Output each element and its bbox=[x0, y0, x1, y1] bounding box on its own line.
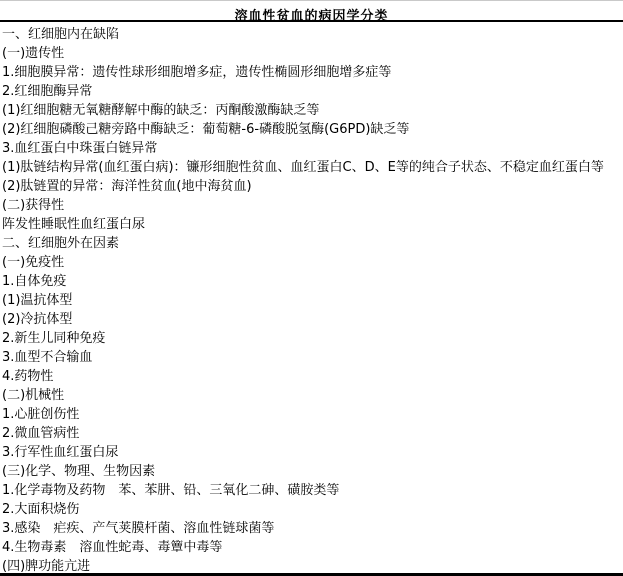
document-line: (1)肽链结构异常(血红蛋白病)：镰形细胞性贫血、血红蛋白C、D、E等的纯合子状… bbox=[2, 158, 621, 177]
document-line: (二)获得性 bbox=[2, 196, 621, 215]
document-line: (四)脾功能亢进 bbox=[2, 557, 621, 576]
document-line: 二、红细胞外在因素 bbox=[2, 234, 621, 253]
document-line: 阵发性睡眠性血红蛋白尿 bbox=[2, 215, 621, 234]
document-title-row: 溶血性贫血的病因学分类 bbox=[0, 1, 623, 22]
document-line: 3.行军性血红蛋白尿 bbox=[2, 443, 621, 462]
document-line: (2)冷抗体型 bbox=[2, 310, 621, 329]
document-line: (一)免疫性 bbox=[2, 253, 621, 272]
document-line: 3.感染 疟疾、产气荚膜杆菌、溶血性链球菌等 bbox=[2, 519, 621, 538]
document-line: 一、红细胞内在缺陷 bbox=[2, 25, 621, 44]
document-line: 4.生物毒素 溶血性蛇毒、毒簟中毒等 bbox=[2, 538, 621, 557]
document-line: (一)遗传性 bbox=[2, 44, 621, 63]
document-line: 2.新生儿同种免疫 bbox=[2, 329, 621, 348]
document-line: 3.血红蛋白中珠蛋白链异常 bbox=[2, 139, 621, 158]
document-line: 1.自体免疫 bbox=[2, 272, 621, 291]
document-line: (1)红细胞糖无氧糖酵解中酶的缺乏：丙酮酸激酶缺乏等 bbox=[2, 101, 621, 120]
document-line: 3.血型不合输血 bbox=[2, 348, 621, 367]
document-line: 2.大面积烧伤 bbox=[2, 500, 621, 519]
document-page: 溶血性贫血的病因学分类 一、红细胞内在缺陷(一)遗传性1.细胞膜异常：遗传性球形… bbox=[0, 0, 623, 576]
document-title: 溶血性贫血的病因学分类 bbox=[234, 9, 388, 24]
document-line: (2)肽链置的异常：海洋性贫血(地中海贫血) bbox=[2, 177, 621, 196]
document-line: (二)机械性 bbox=[2, 386, 621, 405]
document-line: (2)红细胞磷酸己糖旁路中酶缺乏：葡萄糖-6-磷酸脱氢酶(G6PD)缺乏等 bbox=[2, 120, 621, 139]
document-line: 1.化学毒物及药物 苯、苯肼、铅、三氧化二砷、磺胺类等 bbox=[2, 481, 621, 500]
document-line: 4.药物性 bbox=[2, 367, 621, 386]
document-line: (1)温抗体型 bbox=[2, 291, 621, 310]
document-line: (三)化学、物理、生物因素 bbox=[2, 462, 621, 481]
document-line: 1.细胞膜异常：遗传性球形细胞增多症，遗传性椭圆形细胞增多症等 bbox=[2, 63, 621, 82]
document-line: 2.红细胞酶异常 bbox=[2, 82, 621, 101]
document-line: 1.心脏创伤性 bbox=[2, 405, 621, 424]
document-body: 一、红细胞内在缺陷(一)遗传性1.细胞膜异常：遗传性球形细胞增多症，遗传性椭圆形… bbox=[0, 22, 623, 576]
document-line: 2.微血管病性 bbox=[2, 424, 621, 443]
